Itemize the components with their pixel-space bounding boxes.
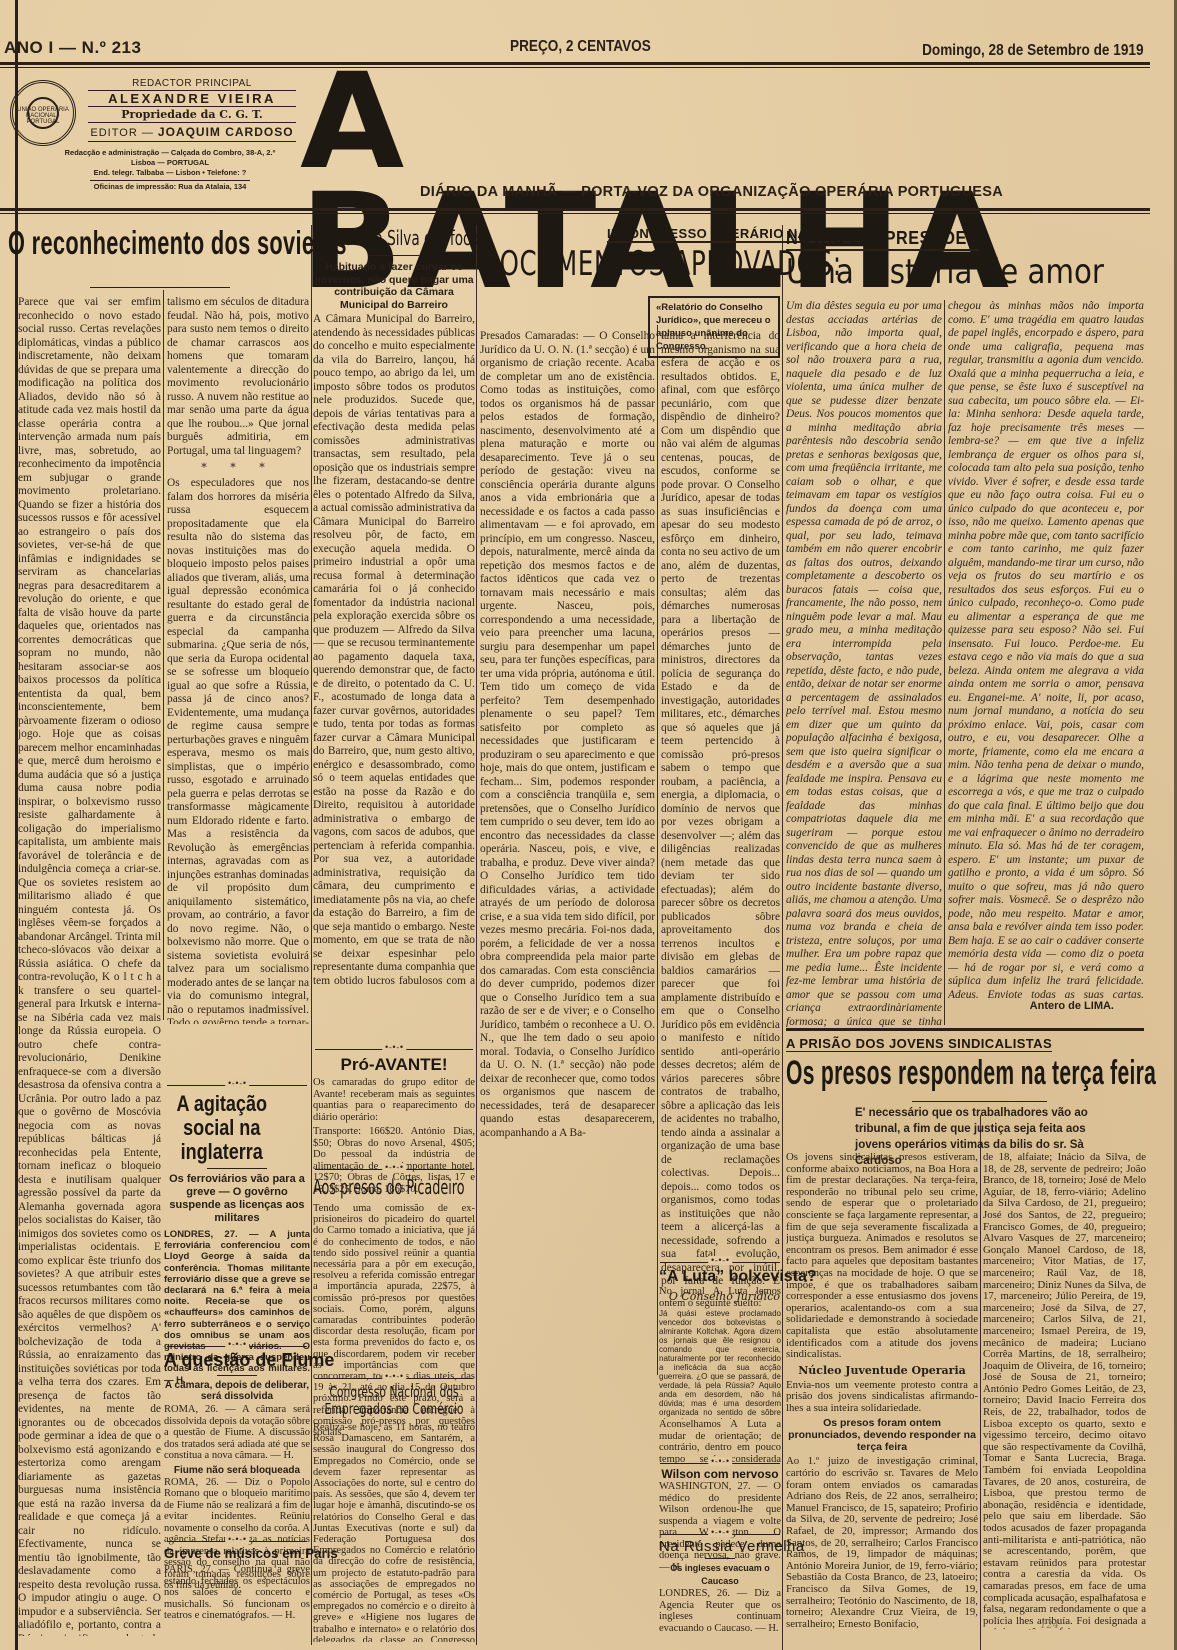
presos-col1: Os jovens sindicalistas presos estiveram… xyxy=(786,1152,978,1361)
article-presos: Os presos respondem na terça feira xyxy=(786,1054,1177,1093)
quote: Já quási esteve proclamado vencedor dos … xyxy=(659,1309,781,1419)
article-congresso-empregados: Congresso Nacional dos Empregados no Com… xyxy=(313,1384,475,1642)
masthead-credits: REDACTOR PRINCIPAL ALEXANDRE VIEIRA Prop… xyxy=(88,78,296,142)
date: Domingo, 28 de Setembro de 1919 xyxy=(923,42,1144,60)
notas-col1: Um dia dêstes seguia eu por uma destas a… xyxy=(786,300,942,1027)
notas-col2-wrap: chegou às minhas mãos não importa como. … xyxy=(948,300,1144,1027)
masthead-rule-thin xyxy=(0,213,1150,214)
intro: No jornal A Luta lemos ontem o seguinte … xyxy=(659,1286,781,1309)
article-proavante: Pró-AVANTE! Os camaradas do grupo editor… xyxy=(313,1055,475,1195)
article-sovietes-col1: Parece que vai ser emfim reconhecido o n… xyxy=(18,296,161,1636)
nucleo-body: Envia-nos um veemente protesto contra a … xyxy=(786,1380,978,1415)
headline: “A Luta” bolxevista? xyxy=(659,1268,781,1286)
notas-kicker: NOTAS E IMPRESSÕES xyxy=(786,228,1000,251)
article-luta: “A Luta” bolxevista? No jornal A Luta le… xyxy=(659,1268,781,1464)
editor-line: EDITOR — JOAQUIM CARDOSO xyxy=(88,123,296,142)
pronunciados-body: Ao 1.º juizo de investigação criminal, c… xyxy=(786,1456,978,1630)
article-paris: Greve de músicos em Paris PARIS, 27. — C… xyxy=(164,1545,310,1622)
headline: Greve de músicos em Paris xyxy=(164,1545,303,1561)
price: PREÇO, 2 CENTAVOS xyxy=(510,38,651,56)
article-russia-vermelha: Na Rússia Vermelha Os ingleses evacuam o… xyxy=(659,1538,781,1634)
redactor-name: ALEXANDRE VIEIRA xyxy=(88,90,296,107)
article-notas: Uma história de amor xyxy=(786,252,1156,292)
subhead: Fiume não será bloqueada xyxy=(164,1464,310,1477)
signature: Antero de LIMA. xyxy=(948,1000,1144,1012)
headline: O reconhecimento dos sovietes xyxy=(8,224,206,262)
headline: Uma história de amor xyxy=(786,252,1104,292)
documentos-col1: Presados Camaradas: — O Conselho Jurídic… xyxy=(480,330,655,1640)
deck: Os ingleses evacuam o Caucaso xyxy=(659,1562,781,1588)
body: Realiza-se hoje, às 11 horas, no teatro … xyxy=(313,1422,475,1642)
address-block: Redacção e administração — Calçada do Co… xyxy=(30,148,310,192)
presos-kicker: A PRISÃO DOS JOVENS SINDICALISTAS xyxy=(786,1036,1052,1052)
presos-col1-wrap: Os jovens sindicalistas presos estiveram… xyxy=(786,1152,978,1642)
body: Os camaradas do grupo editor de Avante! … xyxy=(313,1077,475,1123)
body1: ROMA, 26. — A câmara será dissolvida dep… xyxy=(164,1404,310,1462)
headline: Congresso Nacional dos Empregados no Com… xyxy=(313,1384,475,1418)
documentos-col2-wrap: talha a interferência do mesmo organismo… xyxy=(661,330,780,1330)
notas-col2: chegou às minhas mãos não importa como. … xyxy=(948,300,1144,1000)
headline: Pró-AVANTE! xyxy=(313,1055,475,1075)
newspaper-title: A BATALHA xyxy=(300,62,1116,182)
ownership: Propriedade da C. G. T. xyxy=(88,108,296,123)
newspaper-page: ANO I — N.º 213 PREÇO, 2 CENTAVOS Doming… xyxy=(0,0,1177,1650)
headline: Wilson com nervoso xyxy=(659,1467,781,1481)
headline: Alfredo da Silva em foco xyxy=(313,226,423,250)
issue-number: ANO I — N.º 213 xyxy=(4,38,141,58)
body: A Câmara Municipal do Barreiro, atendend… xyxy=(313,313,475,988)
redactor-label: REDACTOR PRINCIPAL xyxy=(88,78,296,89)
section-stars: * * * xyxy=(167,461,309,474)
article-sovietes-col2: talismo em séculos de ditadura feudal. N… xyxy=(167,296,309,1024)
deck: Os ferroviários vão para a greve — O gov… xyxy=(164,1173,310,1225)
headline: Na Rússia Vermelha xyxy=(659,1538,781,1555)
headline: A questão de Fiume xyxy=(164,1350,310,1371)
subhead-pronunciados: Os presos foram ontem pronunciados, deve… xyxy=(786,1417,978,1453)
editor-name: JOAQUIM CARDOSO xyxy=(158,125,294,139)
union-seal-icon: UNIÃO OPERÁRIA NACIONAL · PORTUGAL xyxy=(10,80,76,146)
body: PARIS, 27. — Continua a greve estando fe… xyxy=(164,1564,310,1622)
page-mark: 124 xyxy=(1040,1620,1059,1631)
deck: A câmara, depois de deliberar, será diss… xyxy=(164,1380,310,1402)
article-alfredo: Alfredo da Silva em foco Habituado a faz… xyxy=(313,226,475,988)
documentos-col2: talha a interferência do mesmo organismo… xyxy=(661,330,780,1290)
newspaper-subtitle: DIÁRIO DA MANHÃ — PORTA-VOZ DA ORGANIZAÇ… xyxy=(420,184,1003,200)
deck: Habituado a fazer curvar os governos, nã… xyxy=(313,261,475,311)
headline: A agitação social na inglaterra xyxy=(150,1092,294,1164)
article-sovietes: O reconhecimento dos sovietes xyxy=(8,224,308,262)
subhead-nucleo: Núcleo Juventude Operaria xyxy=(786,1364,978,1377)
presos-col2: de 18, alfaiate; Inácio da Silva, de 18,… xyxy=(983,1152,1146,1630)
headline: Aos presos do Picadeiro xyxy=(313,1175,417,1199)
masthead-rule xyxy=(0,208,1150,211)
headline: Os presos respondem na terça feira xyxy=(786,1054,1156,1093)
body: LONDRES, 26. — Diz a Agencia Reuter que … xyxy=(659,1588,781,1634)
